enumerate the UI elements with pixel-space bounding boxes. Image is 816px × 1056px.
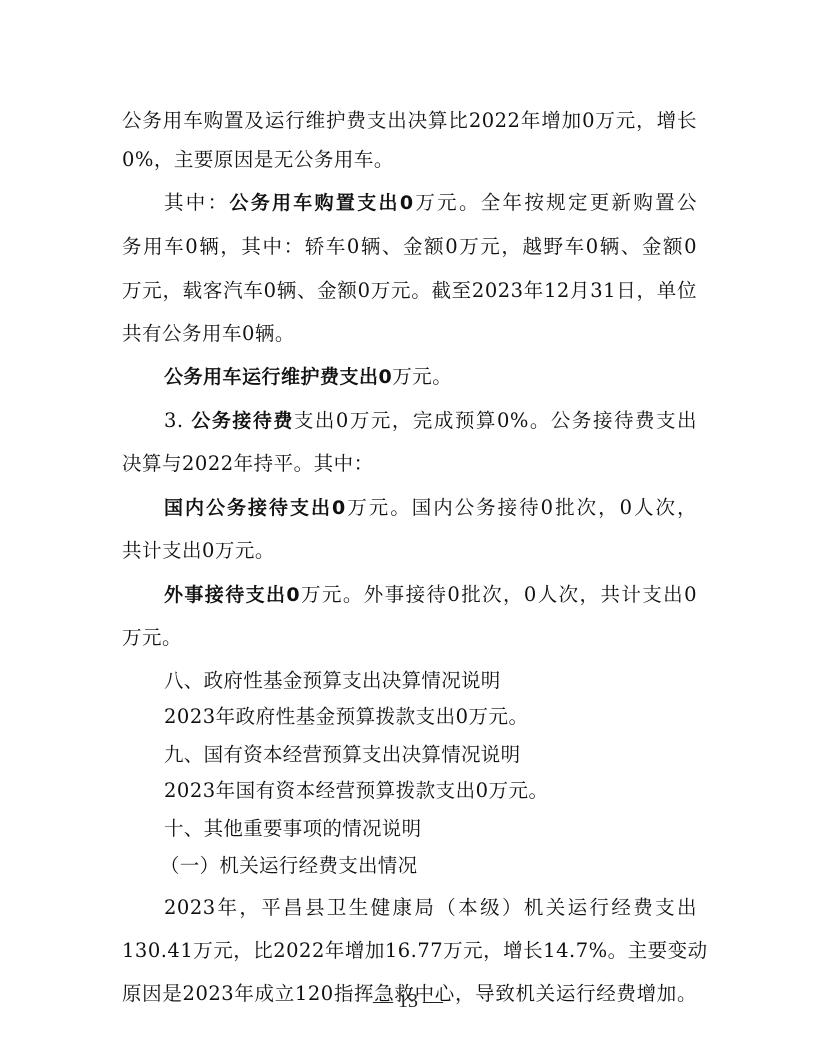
paragraph-reception-fee: 3. 公务接待费支出0万元，完成预算0%。公务接待费支出 bbox=[164, 403, 697, 439]
body-text: 万元。 bbox=[392, 365, 452, 388]
bold-term: 外事接待支出0 bbox=[164, 584, 300, 606]
paragraph-line: 130.41万元，比2022年增加16.77万元，增长14.7%。主要变动 bbox=[122, 933, 697, 969]
body-text: 万元。国内公务接待0批次，0人次， bbox=[346, 496, 697, 519]
subsection-heading-1: （一）机关运行经费支出情况 bbox=[160, 848, 693, 884]
bold-term: 公务接待费 bbox=[191, 410, 294, 432]
paragraph-line: 共计支出0万元。 bbox=[122, 533, 697, 569]
body-text: 万元。外事接待0批次，0人次，共计支出0 bbox=[300, 583, 697, 606]
section-body-8: 2023年政府性基金预算拨款支出0万元。 bbox=[164, 699, 697, 735]
paragraph-line: 共有公务用车0辆。 bbox=[122, 316, 697, 352]
paragraph-line: 公务用车购置及运行维护费支出决算比2022年增加0万元，增长 bbox=[122, 103, 697, 139]
label-text: 其中： bbox=[164, 191, 229, 214]
section-heading-9: 九、国有资本经营预算支出决算情况说明 bbox=[164, 737, 697, 773]
paragraph-line: 0%，主要原因是无公务用车。 bbox=[122, 142, 697, 178]
body-text: 支出0万元，完成预算0%。公务接待费支出 bbox=[294, 409, 697, 432]
paragraph-line: 万元，载客汽车0辆、金额0万元。截至2023年12月31日，单位 bbox=[122, 273, 697, 309]
bold-term: 公务用车购置支出0 bbox=[229, 192, 413, 214]
paragraph-domestic-reception: 国内公务接待支出0万元。国内公务接待0批次，0人次， bbox=[164, 490, 697, 526]
paragraph-line: 决算与2022年持平。其中： bbox=[122, 446, 697, 482]
list-number: 3. bbox=[164, 409, 191, 432]
paragraph-foreign-reception: 外事接待支出0万元。外事接待0批次，0人次，共计支出0 bbox=[164, 577, 697, 613]
bold-term: 公务用车运行维护费支出0 bbox=[164, 366, 392, 388]
paragraph-vehicle-maintenance: 公务用车运行维护费支出0万元。 bbox=[164, 359, 697, 395]
section-heading-10: 十、其他重要事项的情况说明 bbox=[164, 811, 697, 847]
paragraph-line: 务用车0辆，其中：轿车0辆、金额0万元，越野车0辆、金额0 bbox=[122, 229, 697, 265]
section-heading-8: 八、政府性基金预算支出决算情况说明 bbox=[164, 663, 697, 699]
paragraph-vehicle-purchase: 其中：公务用车购置支出0万元。全年按规定更新购置公 bbox=[164, 185, 697, 221]
paragraph-line: 万元。 bbox=[122, 620, 697, 656]
section-body-9: 2023年国有资本经营预算拨款支出0万元。 bbox=[164, 773, 697, 809]
page-number: — 13 — bbox=[0, 990, 816, 1013]
paragraph-line: 2023年，平昌县卫生健康局（本级）机关运行经费支出 bbox=[164, 890, 697, 926]
body-text: 万元。全年按规定更新购置公 bbox=[414, 191, 697, 214]
bold-term: 国内公务接待支出0 bbox=[164, 497, 346, 519]
